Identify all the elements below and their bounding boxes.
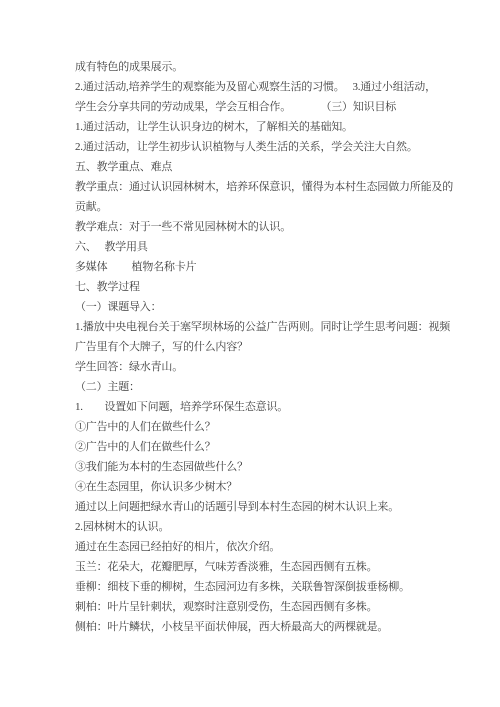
text-line: 1.通过活动，让学生认识身边的树木，了解相关的基础知。 bbox=[75, 117, 475, 137]
text-line: ②广告中的人们在做些什么？ bbox=[75, 437, 475, 457]
text-line: 玉兰：花朵大，花瓣肥厚，气味芳香淡雅，生态园西侧有五株。 bbox=[75, 557, 475, 577]
text-line: 侧柏：叶片鳞状，小枝呈平面状伸展，西大桥最高大的两棵就是。 bbox=[75, 617, 475, 637]
text-line: 垂柳：细枝下垂的柳树，生态园河边有多株，关联鲁智深倒拔垂杨柳。 bbox=[75, 577, 475, 597]
text-line: ③我们能为本村的生态园做些什么？ bbox=[75, 457, 475, 477]
text-line: 教学难点：对于一些不常见园林树木的认识。 bbox=[75, 217, 475, 237]
text-line: 广告里有个大牌子，写的什么内容？ bbox=[75, 337, 475, 357]
document-text-block: 成有特色的成果展示。2.通过活动,培养学生的观察能为及留心观察生活的习惯。 3.… bbox=[75, 57, 475, 637]
text-line: ①广告中的人们在做些什么？ bbox=[75, 417, 475, 437]
text-line: 学生会分享共同的劳动成果，学会互相合作。 （三）知识目标 bbox=[75, 97, 475, 117]
text-line: 2.通过活动，让学生初步认识植物与人类生活的关系，学会关注大自然。 bbox=[75, 137, 475, 157]
text-line: （一）课题导入： bbox=[75, 297, 475, 317]
text-line: 刺柏：叶片呈针刺状，观察时注意别受伤，生态园西侧有多株。 bbox=[75, 597, 475, 617]
text-line: 多媒体 植物名称卡片 bbox=[75, 257, 475, 277]
text-line: （二）主题： bbox=[75, 377, 475, 397]
text-line: 1.播放中央电视台关于塞罕坝林场的公益广告两则。同时让学生思考问题：视频 bbox=[75, 317, 475, 337]
text-line: 2.园林树木的认识。 bbox=[75, 517, 475, 537]
text-line: ④在生态园里，你认识多少树木？ bbox=[75, 477, 475, 497]
text-line: 通过在生态园已经拍好的相片，依次介绍。 bbox=[75, 537, 475, 557]
text-line: 通过以上问题把绿水青山的话题引导到本村生态园的树木认识上来。 bbox=[75, 497, 475, 517]
text-line: 六、 教学用具 bbox=[75, 237, 475, 257]
text-line: 贡献。 bbox=[75, 197, 475, 217]
document-page: 成有特色的成果展示。2.通过活动,培养学生的观察能为及留心观察生活的习惯。 3.… bbox=[0, 0, 500, 707]
text-line: 学生回答：绿水青山。 bbox=[75, 357, 475, 377]
text-line: 1. 设置如下问题，培养学环保生态意识。 bbox=[75, 397, 475, 417]
text-line: 2.通过活动,培养学生的观察能为及留心观察生活的习惯。 3.通过小组活动， bbox=[75, 77, 475, 97]
text-line: 成有特色的成果展示。 bbox=[75, 57, 475, 77]
text-line: 五、教学重点、难点 bbox=[75, 157, 475, 177]
text-line: 教学重点：通过认识园林树木，培养环保意识，懂得为本村生态园做力所能及的 bbox=[75, 177, 475, 197]
text-line: 七、教学过程 bbox=[75, 277, 475, 297]
